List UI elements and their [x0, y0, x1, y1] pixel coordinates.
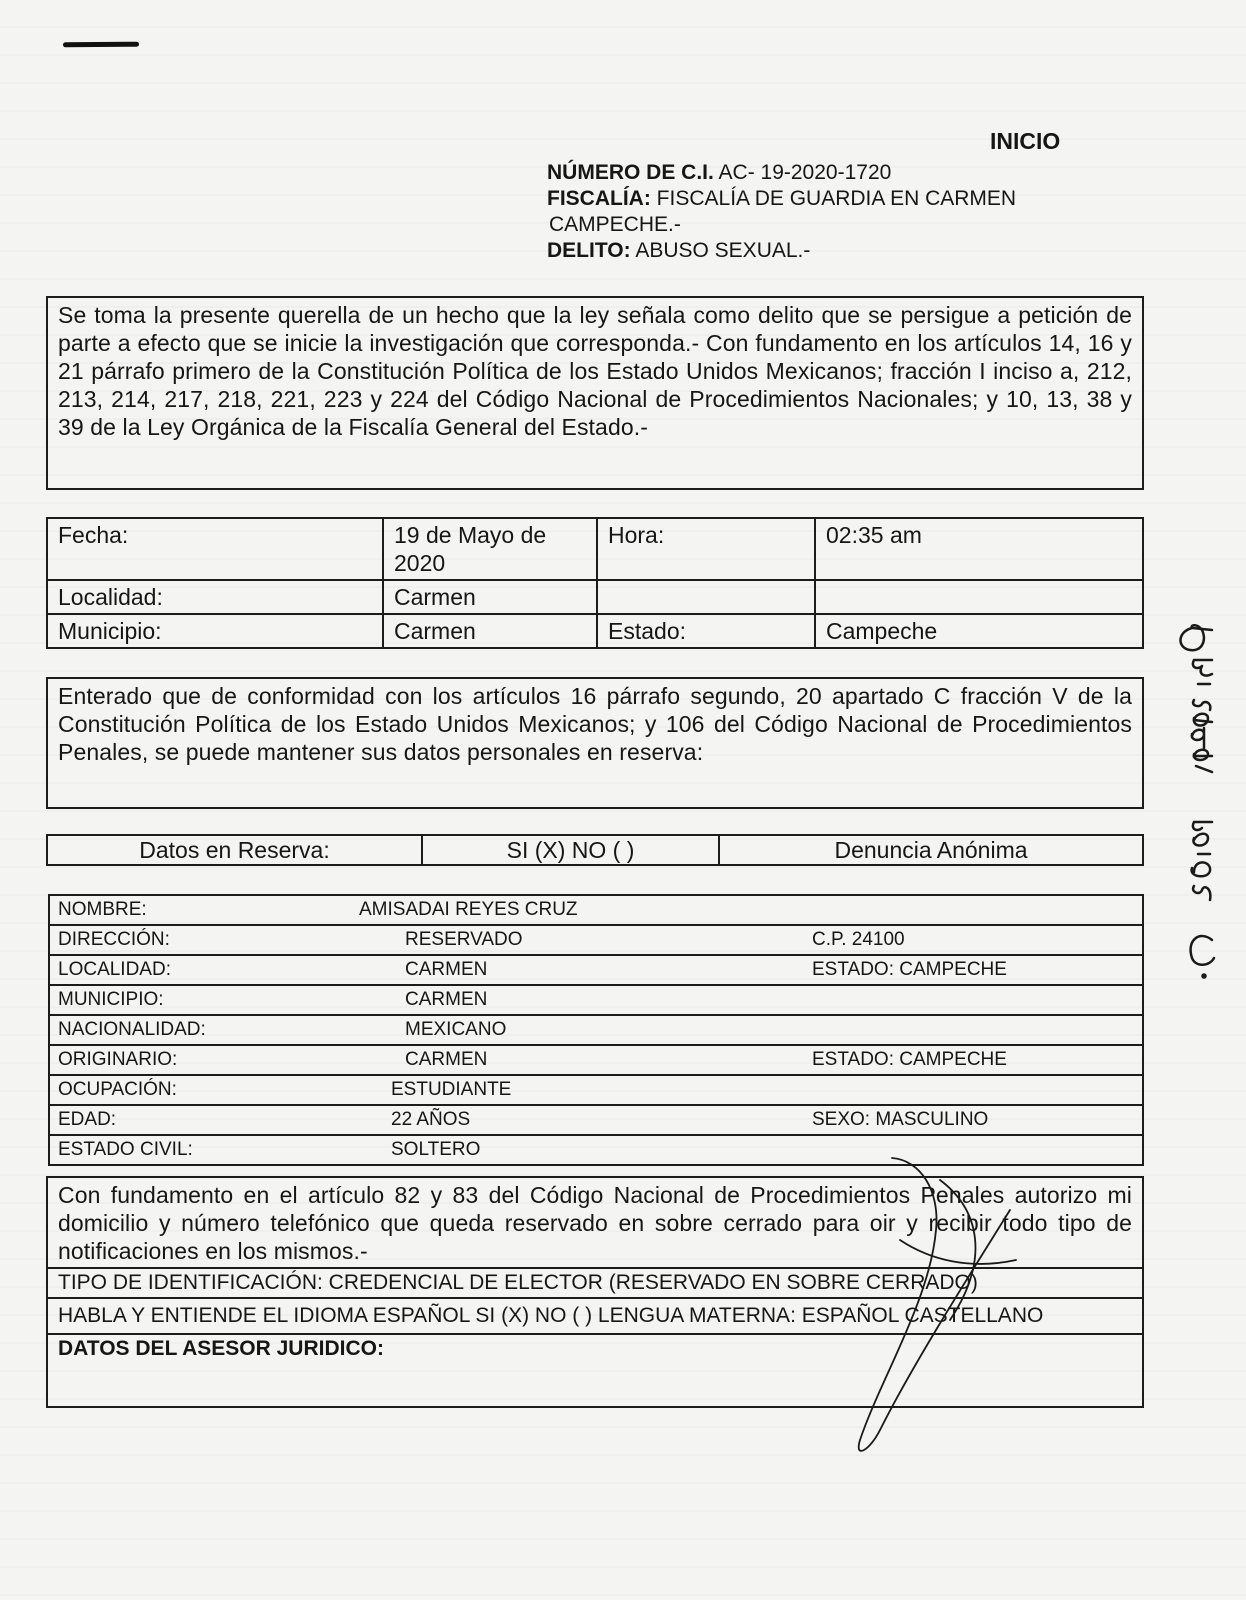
event-table: Fecha: 19 de Mayo de 2020 Hora: 02:35 am…: [46, 517, 1144, 649]
advisor-heading: DATOS DEL ASESOR JURIDICO:: [48, 1333, 1142, 1363]
personal-row: ESTADO CIVIL:SOLTERO: [49, 1135, 1143, 1165]
personal-label: NOMBRE:: [49, 895, 349, 925]
personal-row: EDAD:22 AÑOSSEXO: MASCULINO: [49, 1105, 1143, 1135]
fecha-label: Fecha:: [47, 518, 383, 580]
personal-extra: [804, 1075, 1143, 1105]
personal-row: OCUPACIÓN:ESTUDIANTE: [49, 1075, 1143, 1105]
intro-paragraph: Se toma la presente querella de un hecho…: [48, 298, 1142, 444]
personal-extra: C.P. 24100: [804, 925, 1143, 955]
empty-cell: [597, 580, 815, 614]
delito-value: ABUSO SEXUAL.-: [635, 239, 810, 262]
fecha-value: 19 de Mayo de 2020: [383, 518, 597, 580]
personal-row: LOCALIDAD:CARMENESTADO: CAMPECHE: [49, 955, 1143, 985]
personal-value: CARMEN: [349, 985, 804, 1015]
personal-extra: [804, 985, 1143, 1015]
case-number-line: NÚMERO DE C.I. AC- 19-2020-1720: [547, 160, 1016, 186]
case-number-value: AC- 19-2020-1720: [719, 161, 892, 184]
personal-row: DIRECCIÓN:RESERVADOC.P. 24100: [49, 925, 1143, 955]
personal-extra: [804, 1015, 1143, 1045]
notification-paragraph: Con fundamento en el artículo 82 y 83 de…: [48, 1178, 1142, 1267]
delito-line: DELITO: ABUSO SEXUAL.-: [547, 238, 1016, 264]
estado-value: Campeche: [815, 614, 1143, 648]
language-line: HABLA Y ENTIENDE EL IDIOMA ESPAÑOL SI (X…: [48, 1297, 1142, 1333]
fiscalia-label: FISCALÍA:: [547, 187, 651, 210]
personal-extra: ESTADO: CAMPECHE: [804, 1045, 1143, 1075]
personal-label: NACIONALIDAD:: [49, 1015, 349, 1045]
hora-label: Hora:: [597, 518, 815, 580]
case-number-label: NÚMERO DE C.I.: [547, 161, 714, 184]
personal-label: ESTADO CIVIL:: [49, 1135, 349, 1165]
status-label: INICIO: [990, 128, 1060, 155]
intro-box: Se toma la presente querella de un hecho…: [46, 296, 1144, 490]
personal-row: NOMBRE:AMISADAI REYES CRUZ: [49, 895, 1143, 925]
estado-label: Estado:: [597, 614, 815, 648]
pen-mark: [63, 42, 139, 48]
personal-row: MUNICIPIO:CARMEN: [49, 985, 1143, 1015]
personal-value: RESERVADO: [349, 925, 804, 955]
fiscalia-value: FISCALÍA DE GUARDIA EN CARMEN: [657, 187, 1016, 210]
notification-box: Con fundamento en el artículo 82 y 83 de…: [46, 1176, 1144, 1408]
personal-label: LOCALIDAD:: [49, 955, 349, 985]
personal-row: NACIONALIDAD:MEXICANO: [49, 1015, 1143, 1045]
delito-label: DELITO:: [547, 239, 631, 262]
personal-value: ESTUDIANTE: [349, 1075, 804, 1105]
localidad-value: Carmen: [383, 580, 597, 614]
personal-extra: SEXO: MASCULINO: [804, 1105, 1143, 1135]
municipio-label: Municipio:: [47, 614, 383, 648]
personal-label: MUNICIPIO:: [49, 985, 349, 1015]
personal-value: CARMEN: [349, 1045, 804, 1075]
reserve-choice: SI (X) NO ( ): [422, 835, 719, 865]
fiscalia-line: FISCALÍA: FISCALÍA DE GUARDIA EN CARMEN: [547, 186, 1016, 212]
id-type: TIPO DE IDENTIFICACIÓN: CREDENCIAL DE EL…: [48, 1267, 1142, 1297]
personal-value: SOLTERO: [349, 1135, 804, 1165]
personal-label: EDAD:: [49, 1105, 349, 1135]
handwritten-name: [1172, 610, 1232, 1010]
personal-extra: ESTADO: CAMPECHE: [804, 955, 1143, 985]
personal-data-table: NOMBRE:AMISADAI REYES CRUZDIRECCIÓN:RESE…: [48, 894, 1144, 1166]
personal-value: MEXICANO: [349, 1015, 804, 1045]
municipio-value: Carmen: [383, 614, 597, 648]
reserve-table: Datos en Reserva: SI (X) NO ( ) Denuncia…: [46, 834, 1144, 866]
localidad-label: Localidad:: [47, 580, 383, 614]
personal-label: DIRECCIÓN:: [49, 925, 349, 955]
reserve-box: Enterado que de conformidad con los artí…: [46, 677, 1144, 809]
personal-extra: [804, 895, 1143, 925]
personal-label: ORIGINARIO:: [49, 1045, 349, 1075]
empty-cell: [815, 580, 1143, 614]
personal-value: 22 AÑOS: [349, 1105, 804, 1135]
personal-extra: [804, 1135, 1143, 1165]
hora-value: 02:35 am: [815, 518, 1143, 580]
case-header: NÚMERO DE C.I. AC- 19-2020-1720 FISCALÍA…: [547, 160, 1016, 264]
personal-value: CARMEN: [349, 955, 804, 985]
reserve-paragraph: Enterado que de conformidad con los artí…: [48, 679, 1142, 769]
personal-label: OCUPACIÓN:: [49, 1075, 349, 1105]
personal-row: ORIGINARIO:CARMENESTADO: CAMPECHE: [49, 1045, 1143, 1075]
fiscalia-value-cont: CAMPECHE.-: [547, 212, 1016, 238]
reserve-label: Datos en Reserva:: [47, 835, 422, 865]
personal-value: AMISADAI REYES CRUZ: [349, 895, 804, 925]
anonymous-label: Denuncia Anónima: [719, 835, 1143, 865]
